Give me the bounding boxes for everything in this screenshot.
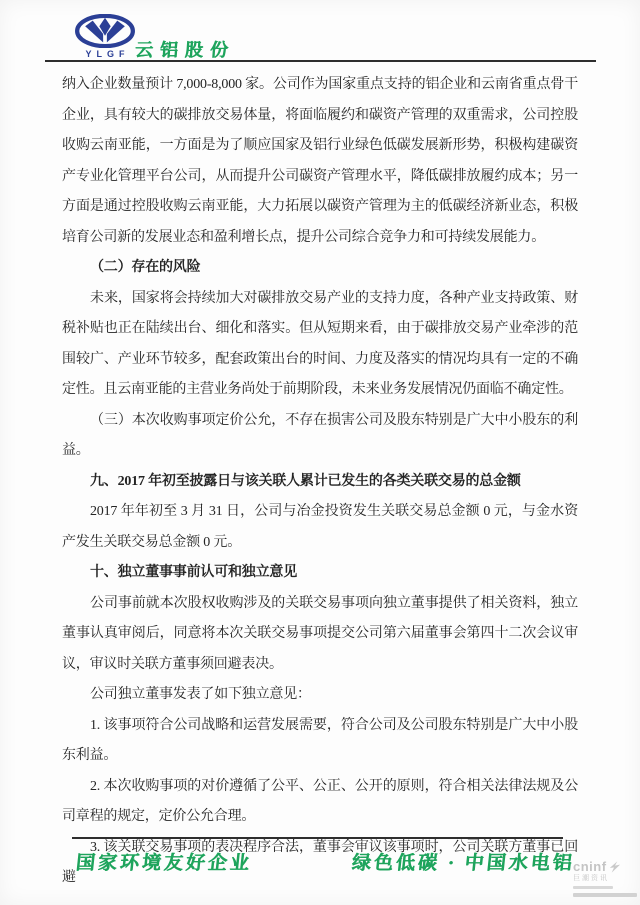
cninfo-watermark-tagline: [573, 893, 637, 897]
document-body: 纳入企业数量预计 7,000-8,000 家。公司作为国家重点支持的铝企业和云南…: [62, 70, 578, 894]
cninfo-watermark-name: 巨潮资讯: [573, 875, 637, 882]
company-name: 云铝股份: [134, 36, 236, 62]
section-heading: 九、2017 年初至披露日与该关联人累计已发生的各类关联交易的总金额: [62, 467, 578, 498]
cninfo-watermark: cninf 巨潮资讯: [573, 860, 637, 897]
cninfo-logo: cninf: [573, 860, 637, 873]
cninfo-logo-text: cninf: [573, 860, 607, 873]
paragraph: 纳入企业数量预计 7,000-8,000 家。公司作为国家重点支持的铝企业和云南…: [62, 70, 578, 253]
paragraph: 2. 本次收购事项的对价遵循了公平、公正、公开的原则，符合相关法律法规及公司章程…: [62, 772, 578, 833]
footer-slogan-right: 绿色低碳 · 中国水电铝: [351, 848, 577, 875]
company-logo: YLGF: [74, 14, 136, 59]
document-page: YLGF 云铝股份 纳入企业数量预计 7,000-8,000 家。公司作为国家重…: [0, 0, 640, 905]
paragraph: 1. 该事项符合公司战略和运营发展需要，符合公司及公司股东特别是广大中小股东利益…: [62, 711, 578, 772]
cninfo-watermark-url-line: [573, 886, 613, 889]
footer-divider: [72, 837, 563, 839]
section-heading: （二）存在的风险: [62, 253, 578, 284]
paragraph: （三）本次收购事项定价公允，不存在损害公司及股东特别是广大中小股东的利益。: [62, 406, 578, 467]
footer-slogan-left: 国家环境友好企业: [75, 848, 254, 875]
header-divider: [45, 60, 596, 62]
section-heading: 十、独立董事事前认可和独立意见: [62, 558, 578, 589]
cninfo-flash-icon: [608, 861, 621, 873]
paragraph: 公司事前就本次股权收购涉及的关联交易事项向独立董事提供了相关资料，独立董事认真审…: [62, 589, 578, 681]
paragraph: 公司独立董事发表了如下独立意见：: [62, 680, 578, 711]
logo-letters: YLGF: [74, 49, 136, 59]
company-logo-icon: [74, 14, 136, 48]
paragraph: 2017 年年初至 3 月 31 日，公司与冶金投资发生关联交易总金额 0 元，…: [62, 497, 578, 558]
paragraph: 未来，国家将会持续加大对碳排放交易产业的支持力度，各种产业支持政策、财税补贴也正…: [62, 284, 578, 406]
